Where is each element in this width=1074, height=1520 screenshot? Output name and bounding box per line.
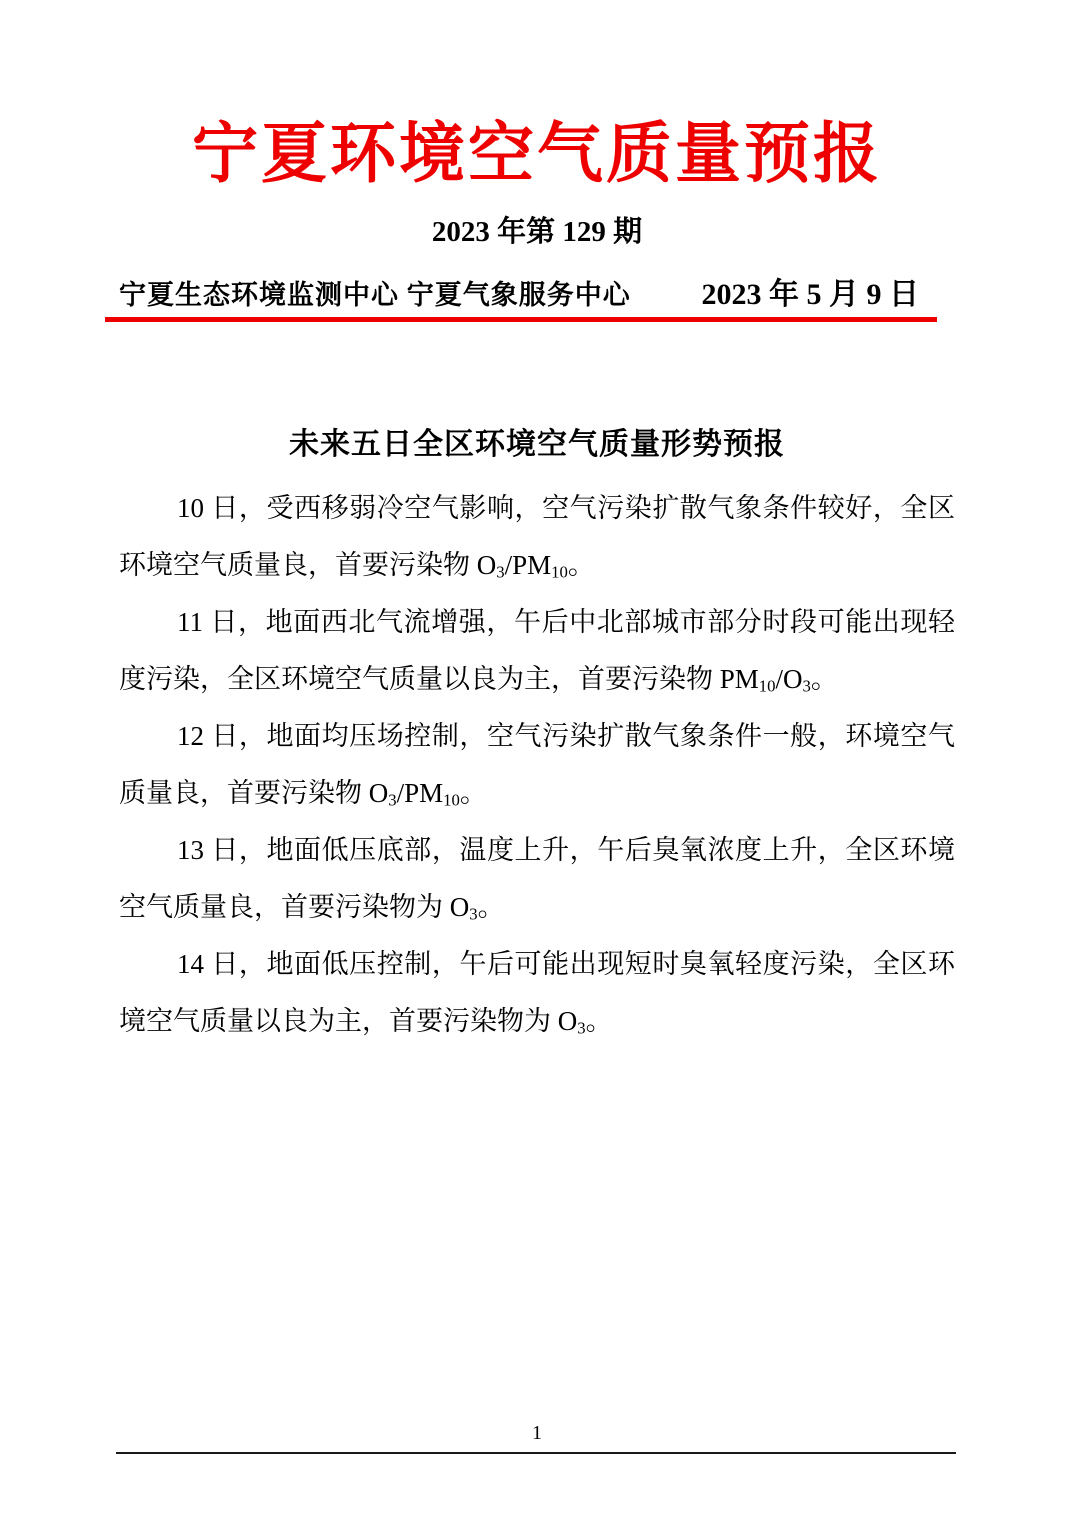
issue-date: 2023 年 5 月 9 日: [702, 278, 956, 312]
bulletin-title: 宁夏环境空气质量预报: [0, 0, 1074, 198]
document-page: 宁夏环境空气质量预报 2023 年第 129 期 宁夏生态环境监测中心 宁夏气象…: [0, 0, 1074, 1520]
footer-divider-rule: [116, 1452, 956, 1454]
page-number: 1: [0, 1420, 1074, 1446]
forecast-section-title: 未来五日全区环境空气质量形势预报: [0, 424, 1074, 466]
forecast-paragraph: 10 日，受西移弱冷空气影响，空气污染扩散气象条件较好，全区环境空气质量良，首要…: [119, 480, 955, 594]
forecast-paragraph: 13 日，地面低压底部，温度上升，午后臭氧浓度上升，全区环境空气质量良，首要污染…: [119, 822, 955, 936]
forecast-paragraphs: 10 日，受西移弱冷空气影响，空气污染扩散气象条件较好，全区环境空气质量良，首要…: [119, 480, 955, 1050]
forecast-paragraph: 14 日，地面低压控制，午后可能出现短时臭氧轻度污染，全区环境空气质量以良为主，…: [119, 936, 955, 1050]
issue-number: 2023 年第 129 期: [0, 214, 1074, 250]
forecast-paragraph: 12 日，地面均压场控制，空气污染扩散气象条件一般，环境空气质量良，首要污染物 …: [119, 708, 955, 822]
masthead-divider-rule: [105, 317, 937, 322]
forecast-paragraph: 11 日，地面西北气流增强，午后中北部城市部分时段可能出现轻度污染，全区环境空气…: [119, 594, 955, 708]
issuing-organizations: 宁夏生态环境监测中心 宁夏气象服务中心: [119, 278, 631, 312]
masthead-org-row: 宁夏生态环境监测中心 宁夏气象服务中心 2023 年 5 月 9 日: [119, 278, 955, 312]
